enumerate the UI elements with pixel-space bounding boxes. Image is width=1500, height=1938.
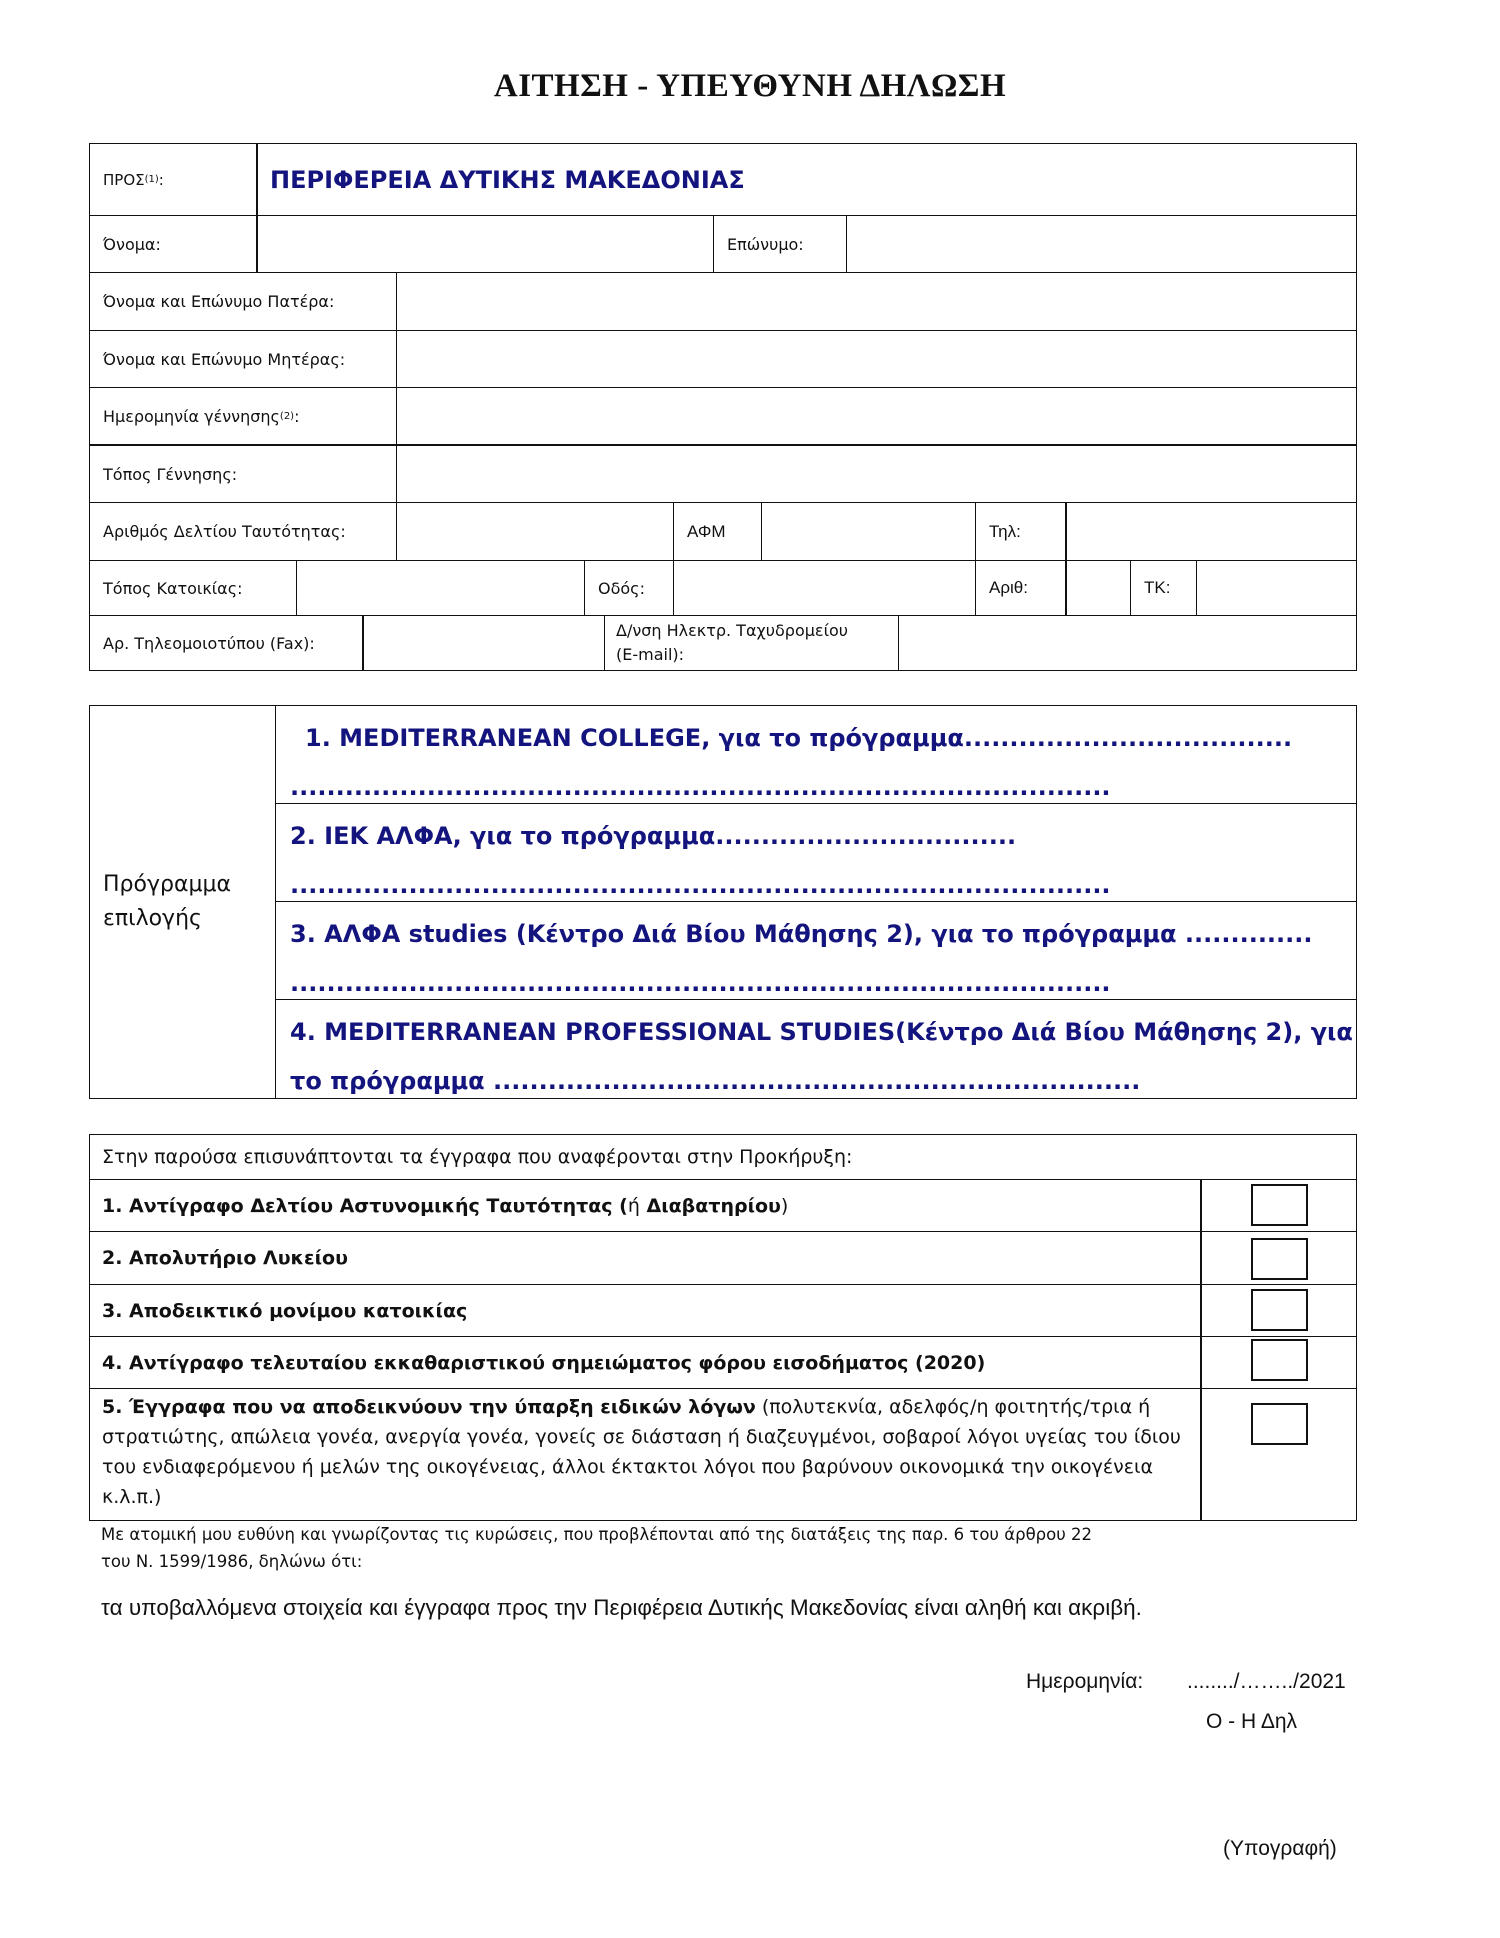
father-name-label-cell: Όνομα και Επώνυμο Πατέρα:	[89, 272, 397, 331]
residence-field[interactable]	[296, 560, 585, 616]
number-label-cell: Αριθ:	[975, 560, 1066, 616]
fax-label: Αρ. Τηλεομοιοτύπου (Fax):	[103, 634, 315, 653]
id-number-label-cell: Αριθμός Δελτίου Ταυτότητας:	[89, 502, 397, 561]
document-4-checkbox[interactable]	[1251, 1339, 1308, 1381]
document-row: 3. Αποδεικτικό μονίμου κατοικίας	[89, 1284, 1201, 1337]
recipient-label-cell: ΠΡΟΣ(1):	[89, 143, 258, 216]
zip-field[interactable]	[1196, 560, 1357, 616]
street-label: Οδός:	[598, 579, 645, 598]
email-label-cell: Δ/νση Ηλεκτρ. Ταχυδρομείου (E-mail):	[604, 615, 899, 671]
document-row: 5. Έγγραφα που να αποδεικνύουν την ύπαρξ…	[89, 1388, 1201, 1521]
program-option-2[interactable]: 2. ΙΕΚ ΑΛΦΑ, για το πρόγραμμα...........…	[275, 803, 1357, 902]
program-option-1-line1: 1. MEDITERRANEAN COLLEGE, για το πρόγραμ…	[290, 714, 1356, 763]
fax-label-cell: Αρ. Τηλεομοιοτύπου (Fax):	[89, 615, 363, 671]
declaration-line2: του Ν. 1599/1986, δηλώνω ότι:	[101, 1548, 1361, 1575]
email-label-line1: Δ/νση Ηλεκτρ. Ταχυδρομείου	[616, 619, 848, 643]
afm-field[interactable]	[761, 502, 976, 561]
program-option-4-line1: 4. MEDITERRANEAN PROFESSIONAL STUDIES(Κέ…	[290, 1008, 1356, 1057]
program-label-line2: επιλογής	[103, 902, 202, 936]
first-name-label: Όνομα:	[103, 235, 161, 254]
document-2-checkbox[interactable]	[1251, 1238, 1308, 1280]
mother-name-label-cell: Όνομα και Επώνυμο Μητέρας:	[89, 330, 397, 388]
document-row: 2. Απολυτήριο Λυκείου	[89, 1231, 1201, 1285]
program-option-2-line1: 2. ΙΕΚ ΑΛΦΑ, για το πρόγραμμα...........…	[290, 812, 1356, 861]
fax-field[interactable]	[362, 615, 605, 671]
last-name-label-cell: Επώνυμο:	[713, 215, 847, 273]
program-option-3-line2: ........................................…	[290, 959, 1356, 1000]
id-number-label: Αριθμός Δελτίου Ταυτότητας:	[103, 522, 346, 541]
declaration-line1: Με ατομική μου ευθύνη και γνωρίζοντας τι…	[101, 1521, 1361, 1548]
street-label-cell: Οδός:	[584, 560, 674, 616]
birth-place-label-cell: Τόπος Γέννησης:	[89, 445, 397, 503]
document-checkbox-cell	[1200, 1231, 1357, 1285]
birth-date-field[interactable]	[396, 387, 1357, 446]
email-label-line2: (E-mail):	[616, 643, 684, 667]
mother-name-label: Όνομα και Επώνυμο Μητέρας:	[103, 350, 345, 369]
document-1-checkbox[interactable]	[1251, 1184, 1308, 1226]
document-checkbox-cell	[1200, 1284, 1357, 1337]
program-label-line1: Πρόγραμμα	[103, 868, 231, 902]
document-checkbox-cell	[1200, 1388, 1357, 1521]
birth-place-field[interactable]	[396, 445, 1357, 503]
mother-name-field[interactable]	[396, 330, 1357, 388]
program-option-4[interactable]: 4. MEDITERRANEAN PROFESSIONAL STUDIES(Κέ…	[275, 999, 1357, 1099]
afm-label-cell: ΑΦΜ	[673, 502, 762, 561]
street-field[interactable]	[673, 560, 976, 616]
page-title: ΑΙΤΗΣΗ - ΥΠΕΥΘΥΝΗ ΔΗΛΩΣΗ	[0, 68, 1500, 105]
id-number-field[interactable]	[396, 502, 674, 561]
residence-label-cell: Τόπος Κατοικίας:	[89, 560, 297, 616]
recipient-footnote: (1)	[145, 174, 159, 185]
first-name-label-cell: Όνομα:	[89, 215, 258, 273]
declaration-statement: τα υποβαλλόμενα στοιχεία και έγγραφα προ…	[101, 1595, 1142, 1621]
declaration-text: Με ατομική μου ευθύνη και γνωρίζοντας τι…	[101, 1521, 1361, 1575]
residence-label: Τόπος Κατοικίας:	[103, 579, 243, 598]
date-label: Ημερομηνία:	[1026, 1670, 1143, 1694]
document-checkbox-cell	[1200, 1336, 1357, 1389]
program-option-3-line1: 3. ΑΛΦΑ studies (Κέντρο Διά Βίου Μάθησης…	[290, 910, 1356, 959]
recipient-value-cell: ΠΕΡΙΦΕΡΕΙΑ ΔΥΤΙΚΗΣ ΜΑΚΕΔΟΝΙΑΣ	[256, 143, 1357, 216]
recipient-label: ΠΡΟΣ	[103, 171, 145, 189]
zip-label: ΤΚ:	[1144, 578, 1170, 598]
program-label-cell: Πρόγραμμα επιλογής	[89, 705, 276, 1099]
document-5-checkbox[interactable]	[1251, 1403, 1308, 1445]
signature-label: (Υπογραφή)	[1223, 1837, 1337, 1861]
number-field[interactable]	[1065, 560, 1131, 616]
program-option-3[interactable]: 3. ΑΛΦΑ studies (Κέντρο Διά Βίου Μάθησης…	[275, 901, 1357, 1000]
document-row: 1. Αντίγραφο Δελτίου Αστυνομικής Ταυτότη…	[89, 1179, 1201, 1232]
birth-place-label: Τόπος Γέννησης:	[103, 465, 237, 484]
phone-label-cell: Τηλ:	[975, 502, 1066, 561]
birth-date-footnote: (2)	[280, 411, 294, 422]
documents-header: Στην παρούσα επισυνάπτονται τα έγγραφα π…	[89, 1134, 1357, 1180]
document-row: 4. Αντίγραφο τελευταίου εκκαθαριστικού σ…	[89, 1336, 1201, 1389]
number-label: Αριθ:	[989, 578, 1028, 598]
program-option-4-line2: το πρόγραμμα ...........................…	[290, 1057, 1356, 1099]
document-3-checkbox[interactable]	[1251, 1289, 1308, 1331]
phone-label: Τηλ:	[989, 522, 1021, 542]
father-name-label: Όνομα και Επώνυμο Πατέρα:	[103, 292, 334, 311]
phone-field[interactable]	[1065, 502, 1357, 561]
afm-label: ΑΦΜ	[687, 522, 726, 542]
last-name-label: Επώνυμο:	[727, 235, 804, 254]
last-name-field[interactable]	[846, 215, 1357, 273]
program-option-2-line2: ........................................…	[290, 861, 1356, 902]
program-option-1-line2: ........................................…	[290, 763, 1356, 804]
program-option-1[interactable]: 1. MEDITERRANEAN COLLEGE, για το πρόγραμ…	[275, 705, 1357, 804]
father-name-field[interactable]	[396, 272, 1357, 331]
birth-date-label-cell: Ημερομηνία γέννησης(2):	[89, 387, 397, 446]
document-checkbox-cell	[1200, 1179, 1357, 1232]
recipient-value: ΠΕΡΙΦΕΡΕΙΑ ΔΥΤΙΚΗΣ ΜΑΚΕΔΟΝΙΑΣ	[270, 166, 745, 194]
zip-label-cell: ΤΚ:	[1130, 560, 1197, 616]
declarant-label: Ο - Η Δηλ	[1206, 1710, 1297, 1734]
date-field[interactable]: ......../……../2021	[1187, 1670, 1346, 1694]
birth-date-label: Ημερομηνία γέννησης	[103, 407, 280, 426]
first-name-field[interactable]	[256, 215, 714, 273]
email-field[interactable]	[898, 615, 1357, 671]
